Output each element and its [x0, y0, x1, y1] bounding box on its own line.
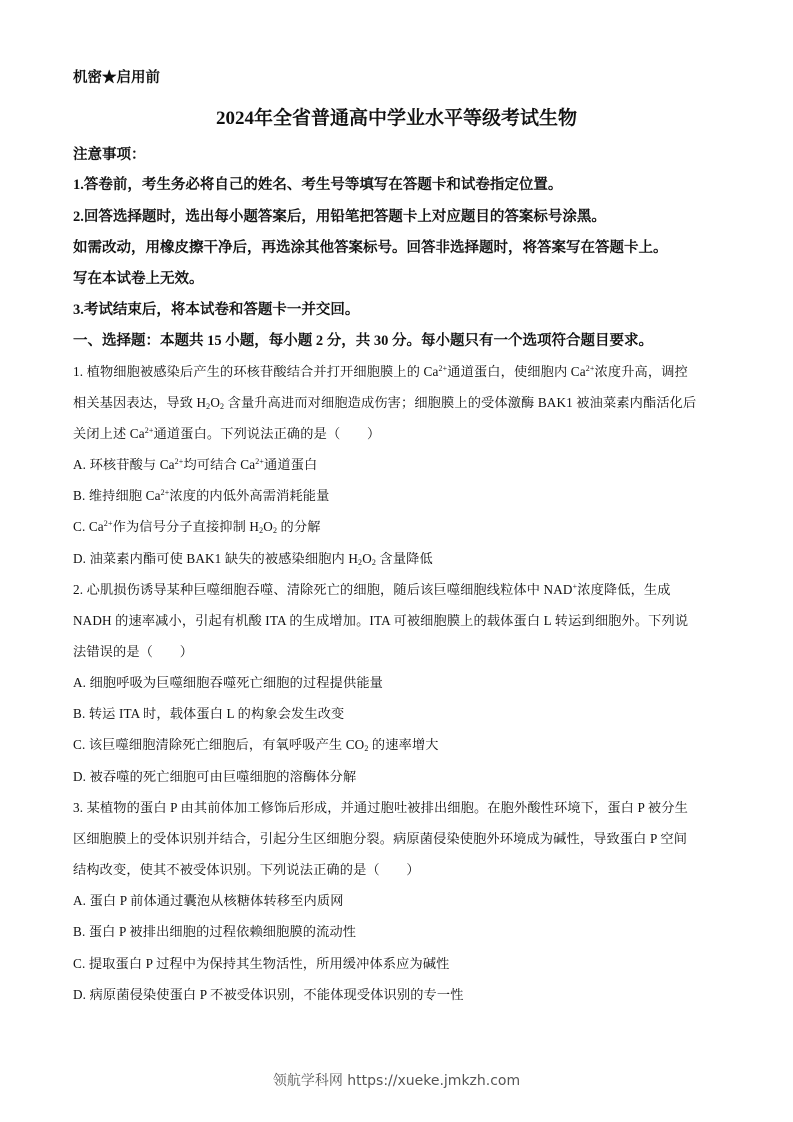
notice-line: 如需改动，用橡皮擦干净后，再选涂其他答案标号。回答非选择题时，将答案写在答题卡上…	[73, 236, 668, 257]
notice-line: 写在本试卷上无效。	[73, 267, 204, 288]
confidential-label: 机密★启用前	[73, 66, 160, 87]
page-title: 2024年全省普通高中学业水平等级考试生物	[0, 103, 793, 130]
question-option: D. 病原菌侵染使蛋白 P 不被受体识别，不能体现受体识别的专一性	[73, 984, 464, 1003]
question-option: C. Ca2+作为信号分子直接抑制 H2O2 的分解	[73, 516, 321, 535]
question-option: D. 油菜素内酯可使 BAK1 缺失的被感染细胞内 H2O2 含量降低	[73, 548, 433, 567]
question-option: B. 转运 ITA 时，载体蛋白 L 的构象会发生改变	[73, 703, 344, 722]
question-option: A. 蛋白 P 前体通过囊泡从核糖体转移至内质网	[73, 890, 344, 909]
question-option: C. 提取蛋白 P 过程中为保持其生物活性，所用缓冲体系应为碱性	[73, 953, 450, 972]
question-option: C. 该巨噬细胞清除死亡细胞后，有氧呼吸产生 CO2 的速率增大	[73, 734, 439, 753]
question-stem-line: NADH 的速率减小，引起有机酸 ITA 的生成增加。ITA 可被细胞膜上的载体…	[73, 610, 688, 629]
question-stem-line: 2. 心肌损伤诱导某种巨噬细胞吞噬、清除死亡的细胞，随后该巨噬细胞线粒体中 NA…	[73, 579, 671, 598]
footer-watermark: 领航学科网 https://xueke.jmkzh.com	[0, 1070, 793, 1090]
notice-heading: 注意事项：	[73, 143, 146, 164]
question-stem-line: 区细胞膜上的受体识别并结合，引起分生区细胞分裂。病原菌侵染使胞外环境成为碱性，导…	[73, 828, 687, 847]
question-stem-line: 法错误的是（ ）	[73, 641, 193, 660]
notice-line: 2.回答选择题时，选出每小题答案后，用铅笔把答题卡上对应题目的答案标号涂黑。	[73, 205, 606, 226]
question-stem-line: 结构改变，使其不被受体识别。下列说法正确的是（ ）	[73, 859, 420, 878]
question-option: A. 环核苷酸与 Ca2+均可结合 Ca2+通道蛋白	[73, 454, 317, 473]
question-stem-line: 1. 植物细胞被感染后产生的环核苷酸结合并打开细胞膜上的 Ca2+通道蛋白，使细…	[73, 361, 688, 380]
question-option: B. 蛋白 P 被排出细胞的过程依赖细胞膜的流动性	[73, 921, 356, 940]
question-stem-line: 相关基因表达，导致 H2O2 含量升高进而对细胞造成伤害；细胞膜上的受体激酶 B…	[73, 392, 696, 411]
exam-page: 机密★启用前 2024年全省普通高中学业水平等级考试生物 注意事项： 1.答卷前…	[0, 0, 793, 1122]
notice-line: 1.答卷前，考生务必将自己的姓名、考生号等填写在答题卡和试卷指定位置。	[73, 173, 562, 194]
question-stem-line: 3. 某植物的蛋白 P 由其前体加工修饰后形成，并通过胞吐被排出细胞。在胞外酸性…	[73, 797, 688, 816]
question-option: B. 维持细胞 Ca2+浓度的内低外高需消耗能量	[73, 485, 329, 504]
section-heading: 一、选择题：本题共 15 小题，每小题 2 分，共 30 分。每小题只有一个选项…	[73, 329, 653, 350]
question-stem-line: 关闭上述 Ca2+通道蛋白。下列说法正确的是（ ）	[73, 423, 380, 442]
question-option: A. 细胞呼吸为巨噬细胞吞噬死亡细胞的过程提供能量	[73, 672, 383, 691]
question-option: D. 被吞噬的死亡细胞可由巨噬细胞的溶酶体分解	[73, 766, 356, 785]
notice-line: 3.考试结束后，将本试卷和答题卡一并交回。	[73, 298, 359, 319]
